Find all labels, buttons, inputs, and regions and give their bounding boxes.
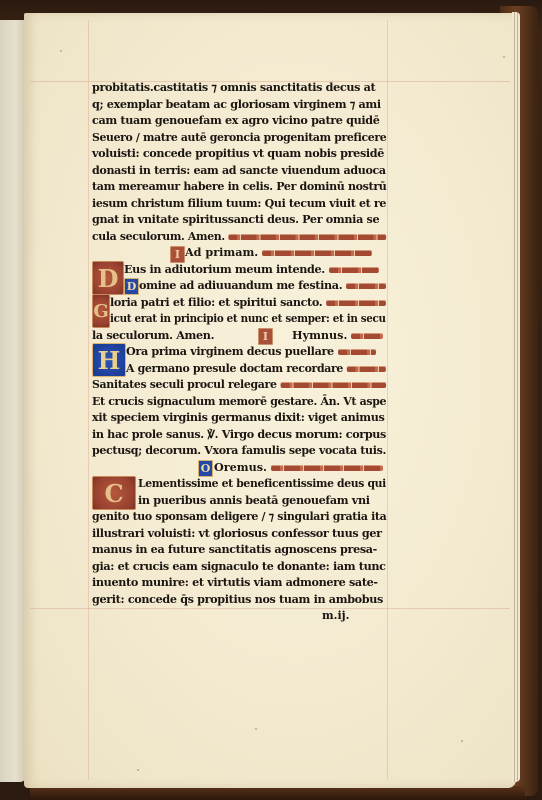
paper-speck bbox=[137, 769, 139, 771]
text-line: iesum christum filium tuum: Qui tecum vi… bbox=[92, 195, 386, 212]
text-line: cula seculorum. Amen. bbox=[92, 228, 387, 245]
text-line: omine ad adiuuandum me festina. bbox=[139, 277, 386, 294]
text-line: Et crucis signaculum memorē gestare. Ān.… bbox=[92, 393, 386, 410]
ruling-line-right bbox=[387, 20, 388, 780]
decorated-initial-d: D bbox=[92, 261, 124, 295]
line-filler-decoration bbox=[338, 349, 376, 355]
text-line: Ora prima virginem decus puellare bbox=[126, 343, 376, 360]
text-line: donasti in terris: eam ad sancte viuendu… bbox=[92, 162, 386, 179]
line-filler-decoration bbox=[262, 250, 372, 256]
ruling-line-bottom bbox=[30, 608, 510, 609]
text-line: in pueribus annis beatā genouefam vni bbox=[138, 492, 370, 509]
text-line: Lementissime et beneficentissime deus qu… bbox=[138, 475, 386, 492]
text-line: icut erat in principio et nunc et semper… bbox=[110, 310, 386, 327]
blue-initial-small: D bbox=[124, 278, 139, 295]
signature-mark: m.ij. bbox=[322, 609, 349, 622]
decorated-initial-c: C bbox=[92, 476, 136, 510]
text-line: Eus in adiutorium meum intende. bbox=[124, 261, 379, 278]
section-heading-hymnus: Hymnus. bbox=[292, 327, 383, 344]
line-filler-decoration bbox=[229, 234, 387, 240]
text-line: in hac prole sanus. ℣. Virgo decus morum… bbox=[92, 426, 386, 443]
paper-speck bbox=[60, 50, 62, 52]
line-filler-decoration bbox=[326, 300, 386, 306]
text-line: manus in ea future sanctitatis agnoscens… bbox=[92, 541, 377, 558]
text-line: pectusq; decorum. Vxora famulis sepe voc… bbox=[92, 442, 386, 459]
ruling-line-left bbox=[88, 20, 89, 780]
section-heading-ad-primam: Ad primam. bbox=[185, 244, 372, 261]
line-filler-decoration bbox=[346, 283, 386, 289]
text-line: q; exemplar beatam ac gloriosam virginem… bbox=[92, 96, 381, 113]
text-line: illustrari voluisti: vt gloriosus confes… bbox=[92, 525, 382, 542]
decorated-initial-h: H bbox=[92, 343, 126, 377]
text-line: gia: et crucis eam signaculo te donante:… bbox=[92, 558, 386, 575]
line-filler-decoration bbox=[329, 267, 379, 273]
paper-speck bbox=[461, 740, 463, 742]
text-line: voluisti: concede propitius vt quam nobi… bbox=[92, 145, 384, 162]
text-line: probitatis.castitatis ⁊ omnis sanctitati… bbox=[92, 79, 375, 96]
line-filler-decoration bbox=[351, 333, 383, 339]
decorated-initial-g: G bbox=[92, 294, 110, 328]
line-filler-decoration bbox=[271, 465, 383, 471]
text-line: Seuero / matre autē geroncia progenitam … bbox=[92, 129, 386, 146]
text-line: Sanitates seculi procul relegare bbox=[92, 376, 386, 393]
text-line: inuento munire: et virtutis viam admoner… bbox=[92, 574, 378, 591]
line-filler-decoration bbox=[347, 366, 386, 372]
paper-speck bbox=[255, 728, 257, 730]
line-filler-decoration bbox=[280, 382, 386, 388]
text-line: genito tuo sponsam deligere / ⁊ singular… bbox=[92, 508, 386, 525]
paper-speck bbox=[503, 56, 505, 58]
text-line: gnat in vnitate spiritussancti deus. Per… bbox=[92, 211, 379, 228]
cover-bottom-edge bbox=[30, 786, 525, 800]
page-stack-edge bbox=[512, 12, 520, 782]
text-line: loria patri et filio: et spiritui sancto… bbox=[110, 294, 386, 311]
text-line: cam tuam genouefam ex agro vicino patre … bbox=[92, 112, 380, 129]
text-line: tam mereamur habere in celis. Per dominū… bbox=[92, 178, 386, 195]
facing-page-edge bbox=[0, 20, 26, 782]
text-line: A germano presule doctam recordare bbox=[126, 360, 386, 377]
section-heading-oremus: Oremus. bbox=[214, 459, 383, 476]
text-line: xit speciem virginis germanus dixit: vig… bbox=[92, 409, 385, 426]
text-line: gerit: concede q̄s propitius nos tuam in… bbox=[92, 591, 383, 608]
text-line: la seculorum. Amen. bbox=[92, 327, 214, 344]
